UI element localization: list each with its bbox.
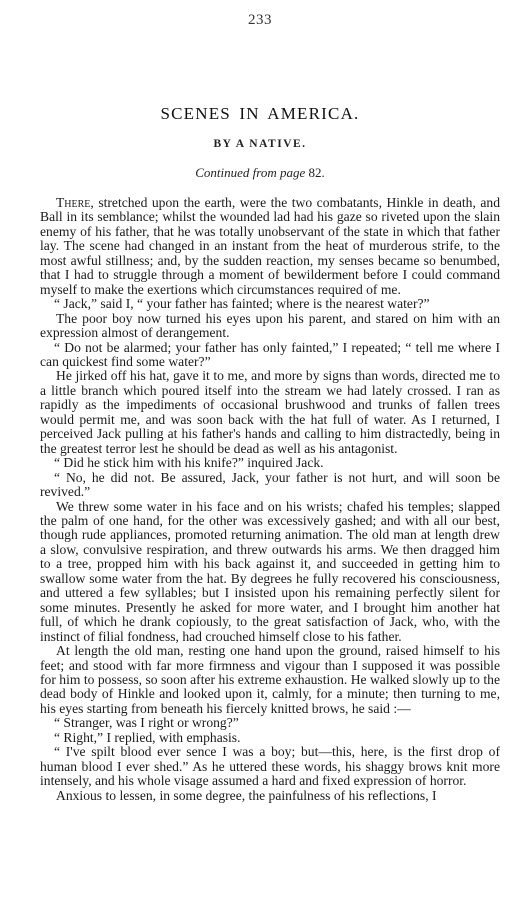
- continued-note: Continued from page 82.: [0, 165, 520, 181]
- article-body: There, stretched upon the earth, were th…: [40, 196, 500, 803]
- page-number: 233: [0, 12, 520, 29]
- paragraph: “ Jack,” said I, “ your father has faint…: [40, 297, 500, 311]
- paragraph: “ I've spilt blood ever sence I was a bo…: [40, 745, 500, 788]
- paragraph: At length the old man, resting one hand …: [40, 644, 500, 716]
- paragraph: “ Stranger, was I right or wrong?”: [40, 716, 500, 730]
- paragraph: “ No, he did not. Be assured, Jack, your…: [40, 471, 500, 500]
- paragraph: The poor boy now turned his eyes upon hi…: [40, 312, 500, 341]
- continued-page-ref: 82.: [309, 165, 325, 180]
- paragraph: “ Do not be alarmed; your father has onl…: [40, 341, 500, 370]
- paragraph: There, stretched upon the earth, were th…: [40, 196, 500, 297]
- paragraph: “ Right,” I replied, with emphasis.: [40, 731, 500, 745]
- paragraph: He jirked off his hat, gave it to me, an…: [40, 369, 500, 456]
- continued-prefix: Continued from page: [195, 165, 308, 180]
- article-byline: BY A NATIVE.: [0, 138, 520, 150]
- paragraph-text: , stretched upon the earth, were the two…: [40, 195, 500, 297]
- paragraph: “ Did he stick him with his knife?” inqu…: [40, 456, 500, 470]
- article-title: SCENES IN AMERICA.: [0, 104, 520, 124]
- paragraph: We threw some water in his face and on h…: [40, 500, 500, 645]
- drop-word: There: [56, 195, 90, 210]
- paragraph: Anxious to lessen, in some degree, the p…: [40, 789, 500, 803]
